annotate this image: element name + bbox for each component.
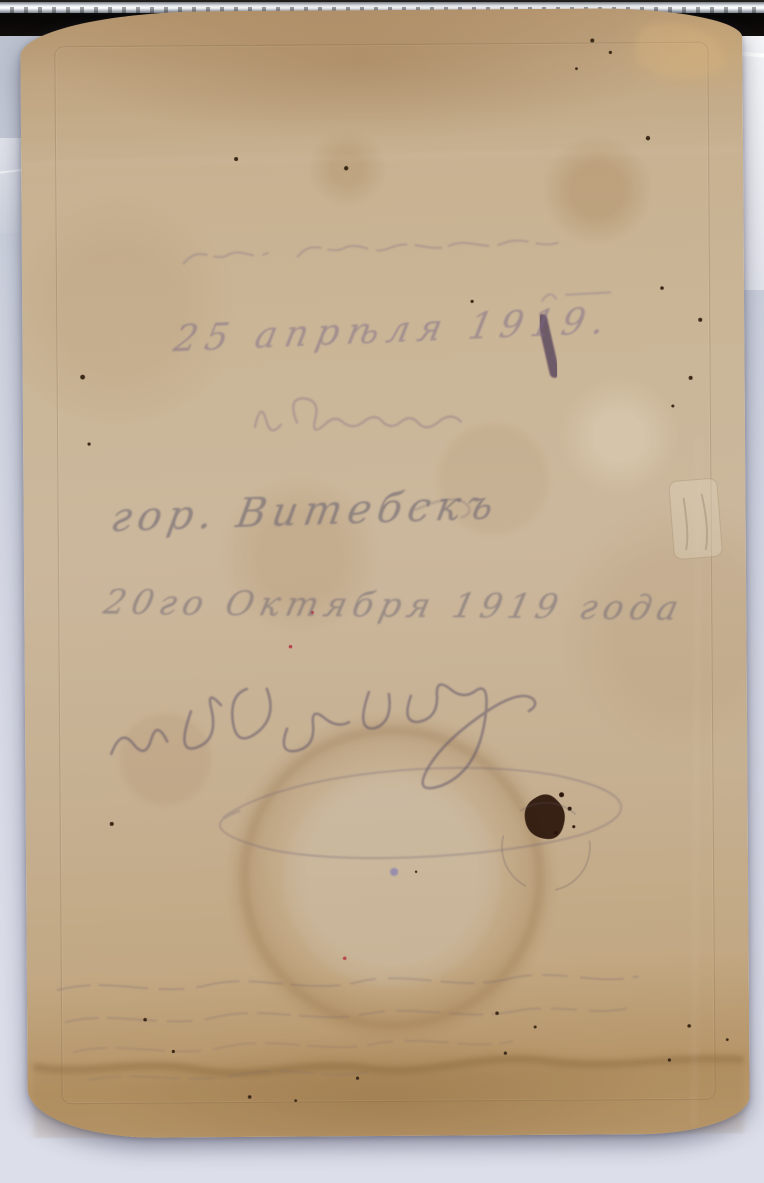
stain-marks xyxy=(20,23,750,1139)
faint-line xyxy=(73,1040,513,1052)
faint-line xyxy=(57,974,639,990)
corner-chip-stain xyxy=(635,23,727,79)
small-stain xyxy=(119,713,212,806)
card-markings xyxy=(20,7,750,1138)
water-stain-center xyxy=(283,769,501,987)
crease-line xyxy=(21,149,743,164)
overwrite-stroke xyxy=(542,319,554,373)
upper-faint-line xyxy=(184,240,558,263)
blue-ink-dot xyxy=(390,868,398,876)
photo-card-back: 25 апрѣля 1919. гор. Витебскъ 20го Октяб… xyxy=(20,7,750,1138)
ink-blot xyxy=(502,792,591,891)
small-stain xyxy=(438,424,549,535)
worn-patch xyxy=(669,478,723,560)
small-dash-mark xyxy=(542,292,610,300)
photo-scene: 25 апрѣля 1919. гор. Витебскъ 20го Октяб… xyxy=(0,0,764,1183)
single-word-line xyxy=(255,397,461,430)
